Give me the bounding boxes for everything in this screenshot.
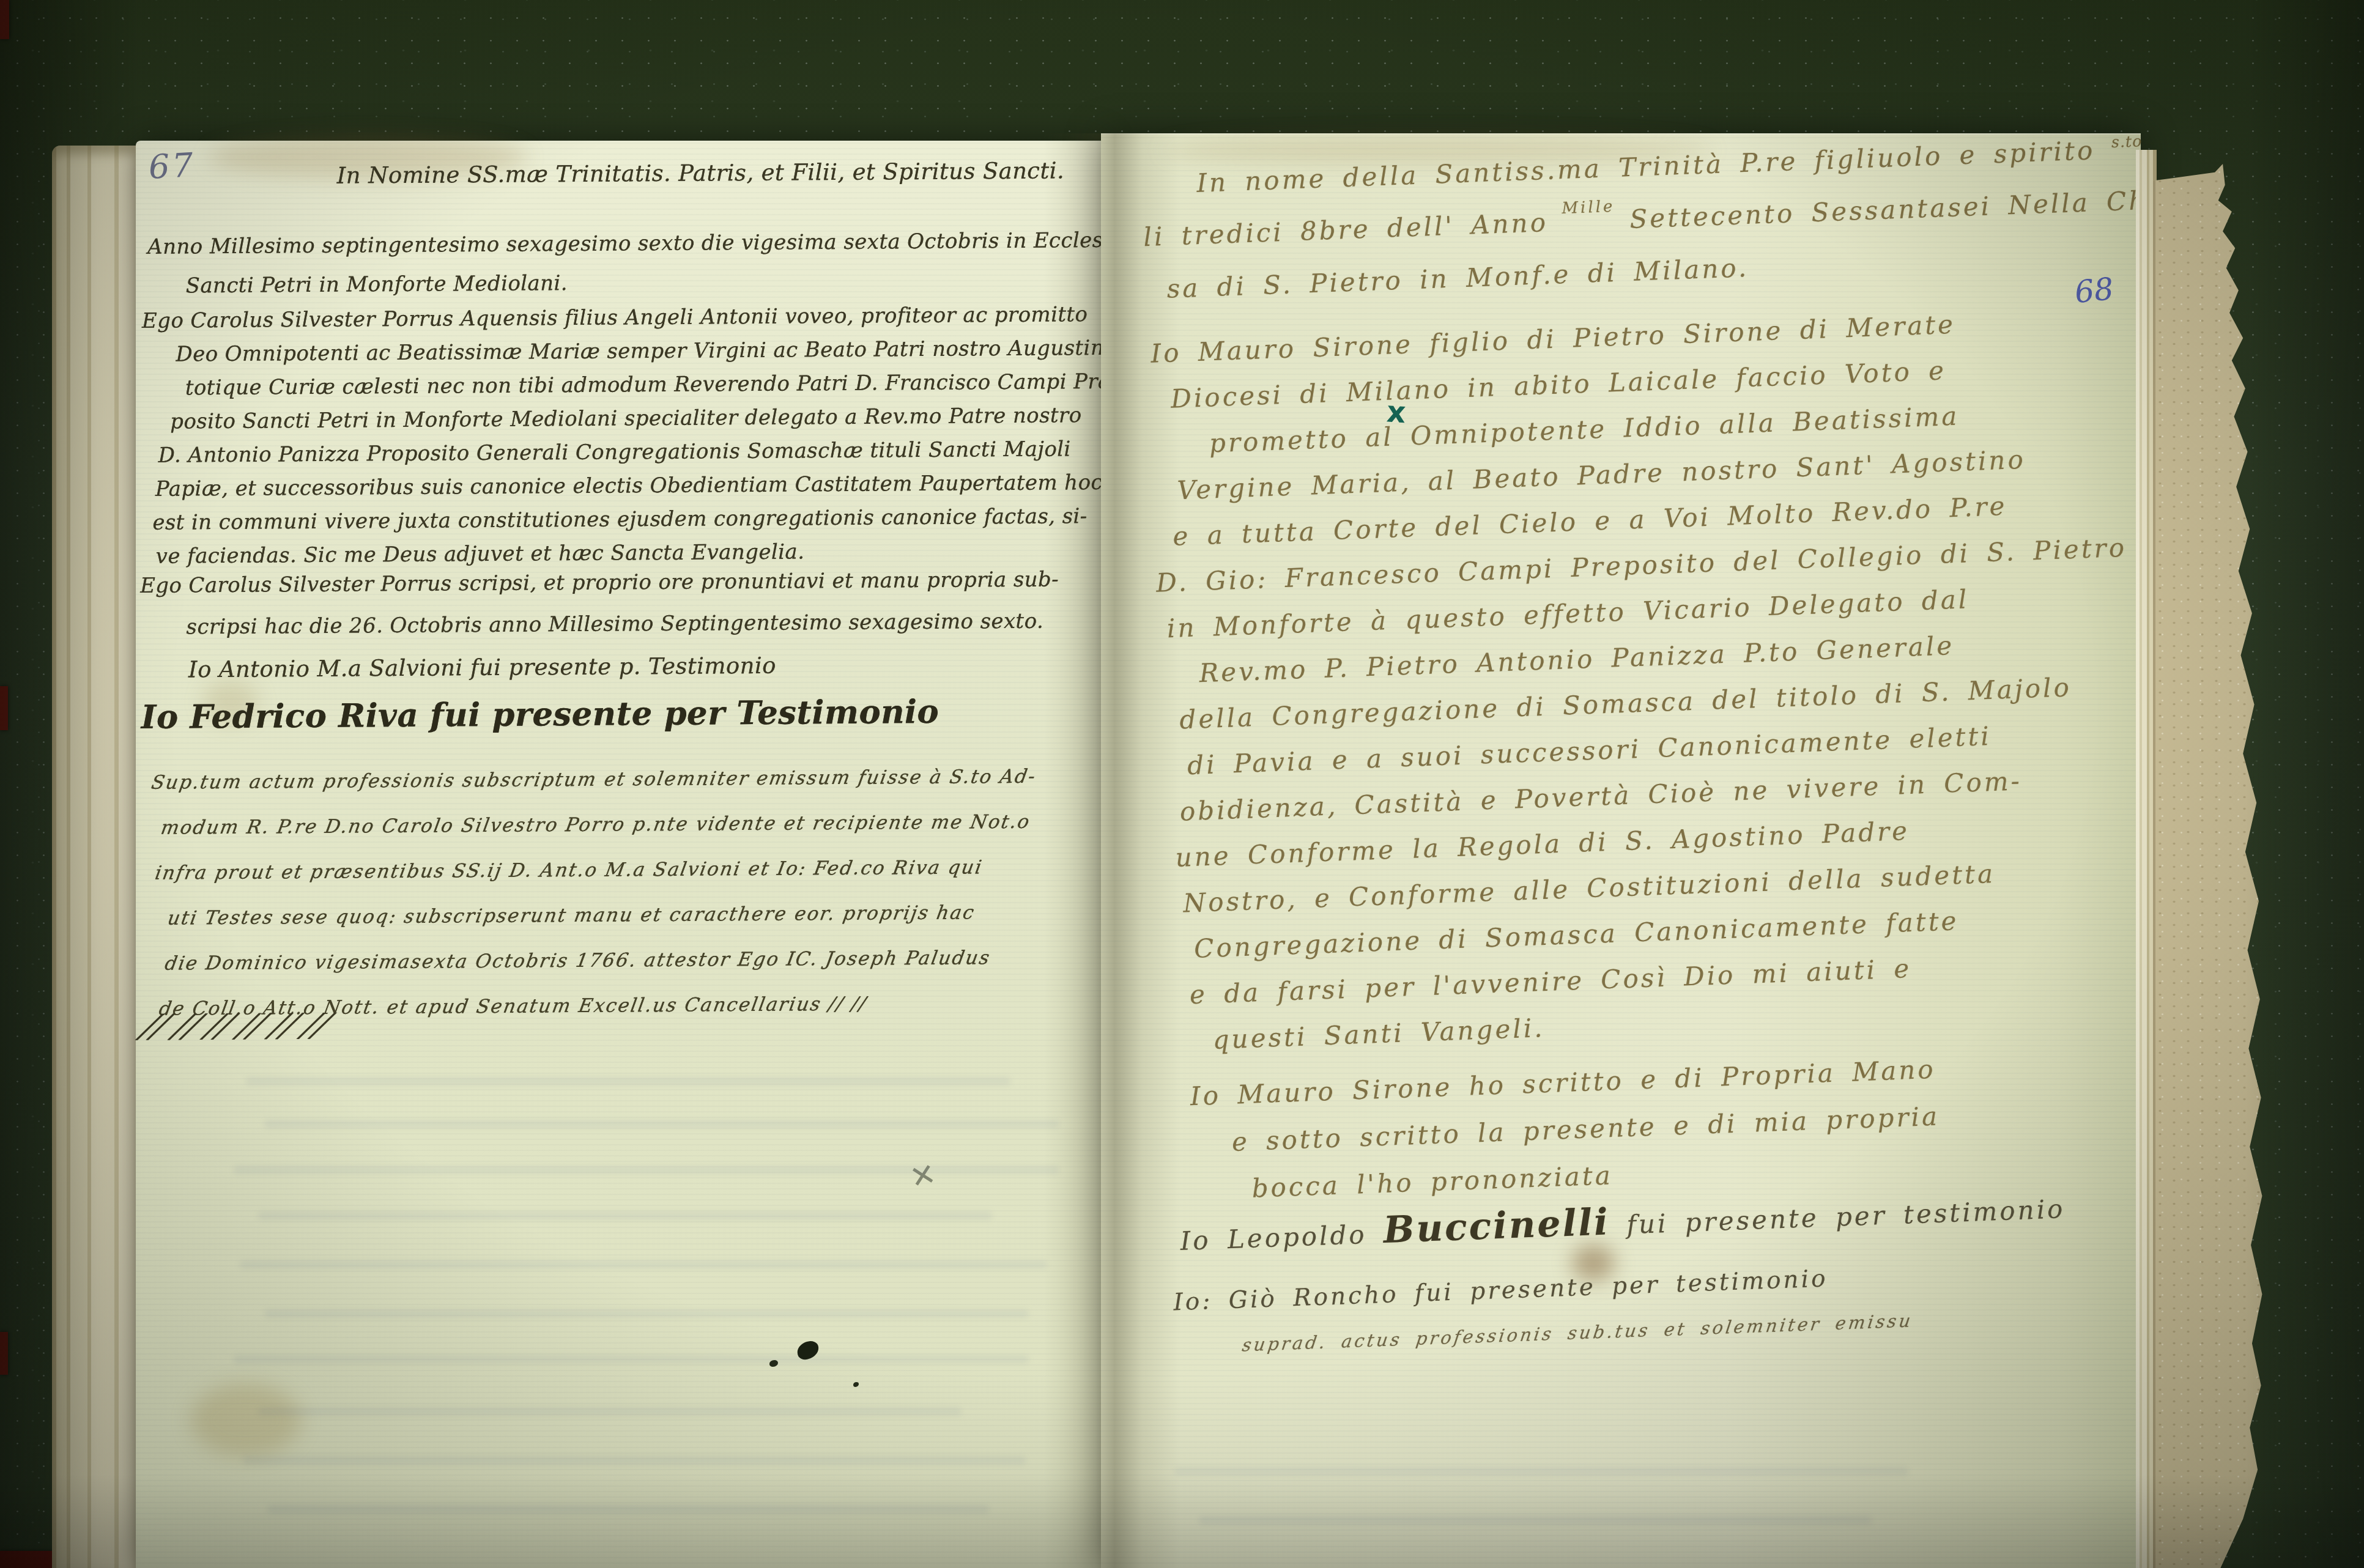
red-binding-tab xyxy=(0,686,8,730)
vow-block: Io Mauro Sirone figlio di Pietro Sirone … xyxy=(1135,295,2144,1065)
witness-line-salvioni: Io Antonio M.a Salvioni fui presente p. … xyxy=(188,649,776,687)
left-page: 67 In Nomine SS.mæ Trinitatis. Patris, e… xyxy=(136,141,1101,1568)
subscription-block: Io Mauro Sirone ho scritto e di Propria … xyxy=(1162,1046,1942,1215)
manuscript-photo: 67 In Nomine SS.mæ Trinitatis. Patris, e… xyxy=(0,0,2364,1568)
bleedthrough-line xyxy=(234,1356,1029,1363)
notary-line: Sup.tum actum professionis subscriptum e… xyxy=(148,754,1040,805)
bleedthrough-line xyxy=(243,1457,1026,1464)
notary-line: uti Testes sese quoq: subscripserunt man… xyxy=(164,890,1041,941)
bleedthrough-line xyxy=(258,1408,962,1415)
paragraph-signature: Ego Carolus Silvester Porrus scripsi, et… xyxy=(140,558,1059,648)
notary-attestation: Sup.tum actum professionis subscriptum e… xyxy=(141,754,1034,1032)
witness-text: Io Leopoldo xyxy=(1180,1219,1368,1256)
bleedthrough-line xyxy=(267,1506,989,1513)
interlinear-insert-mille: Mille xyxy=(1562,198,1615,218)
bleedthrough-line xyxy=(1199,1517,1872,1524)
witness-line-riva: Io Fedrico Riva fui presente per Testimo… xyxy=(141,695,939,734)
superscript-santo: s.to xyxy=(2111,132,2143,151)
deckle-edge xyxy=(2153,164,2266,1568)
heading-text: Settecento Sessantasei Nella Chie- xyxy=(1629,184,2188,234)
right-page: 68 In nome della Santiss.ma Trinità P.re… xyxy=(1101,133,2141,1568)
page-edges-left xyxy=(52,146,136,1568)
manuscript-line: Ego Carolus Silvester Porrus scripsi, et… xyxy=(140,558,1059,606)
bleedthrough-line xyxy=(234,1166,1059,1174)
heading-line: In Nomine SS.mæ Trinitatis. Patris, et F… xyxy=(318,153,1083,193)
witness-text: fui presente per testimonio xyxy=(1626,1194,2066,1240)
heading-text: li tredici 8bre dell' Anno xyxy=(1143,207,1549,252)
right-page-text: In nome della Santiss.ma Trinità P.re fi… xyxy=(1128,124,2195,1567)
bleedthrough-line xyxy=(1174,1468,1908,1475)
notary-line: die Dominico vigesimasexta Octobris 1766… xyxy=(161,935,1042,986)
manuscript-line: Anno Millesimo septingentesimo sexagesim… xyxy=(147,221,1123,267)
notary-line: modum R. P.re D.no Carolo Silvestro Porr… xyxy=(157,799,1040,851)
red-binding-tab xyxy=(0,1332,8,1375)
notary-line: infra prout et præsentibus SS.ij D. Ant.… xyxy=(152,845,1041,896)
red-binding-tab xyxy=(0,1551,55,1568)
witness-name: Buccinelli xyxy=(1382,1200,1610,1252)
red-binding-tab xyxy=(0,0,9,39)
bleedthrough-line xyxy=(264,1120,1059,1128)
paragraph-date: Anno Millesimo septingentesimo sexagesim… xyxy=(147,221,1123,306)
bleedthrough-line xyxy=(240,1261,1047,1268)
bleedthrough-line xyxy=(264,1310,1029,1317)
bleedthrough-line xyxy=(246,1078,1010,1085)
bleedthrough-line xyxy=(258,1212,992,1219)
manuscript-line: scripsi hac die 26. Octobris anno Milles… xyxy=(186,600,1059,648)
flourish-marks: ∕∕ ∕∕ ∕∕ ∕∕ ∕∕ ∕∕ xyxy=(136,1009,337,1044)
left-page-text: In Nomine SS.mæ Trinitatis. Patris, et F… xyxy=(136,135,1111,1568)
paragraph-vow: Ego Carolus Silvester Porrus Aquensis fi… xyxy=(142,298,1127,574)
